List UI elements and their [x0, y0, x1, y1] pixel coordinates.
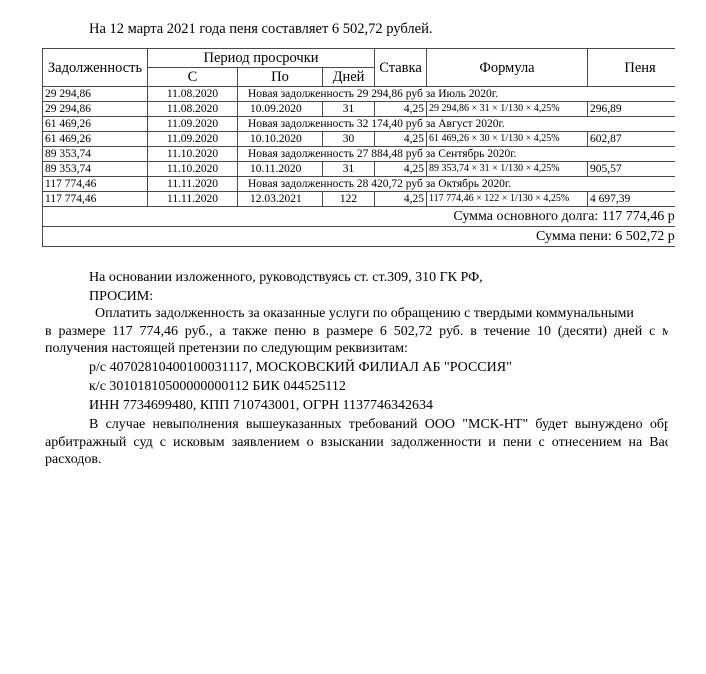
- corr-account: к/с 30101810500000000112 БИК 044525112: [89, 379, 346, 395]
- pay-line-3: получения настоящей претензии по следующ…: [45, 341, 408, 357]
- company-ids: ИНН 7734699480, КПП 710743001, ОГРН 1137…: [89, 398, 433, 414]
- pay-line-1: Оплатить задолженность за оказанные услу…: [95, 306, 634, 322]
- bank-account: р/с 40702810400100031117, МОСКОВСКИЙ ФИЛ…: [89, 360, 512, 376]
- warning-line-1: В случае невыполнения вышеуказанных треб…: [89, 417, 668, 433]
- warning-line-3: расходов.: [45, 452, 102, 468]
- pay-line-2: в размере 117 774,46 руб., а также пеню …: [45, 324, 668, 340]
- warning-line-2: арбитражный суд с исковым заявлением о в…: [45, 435, 668, 451]
